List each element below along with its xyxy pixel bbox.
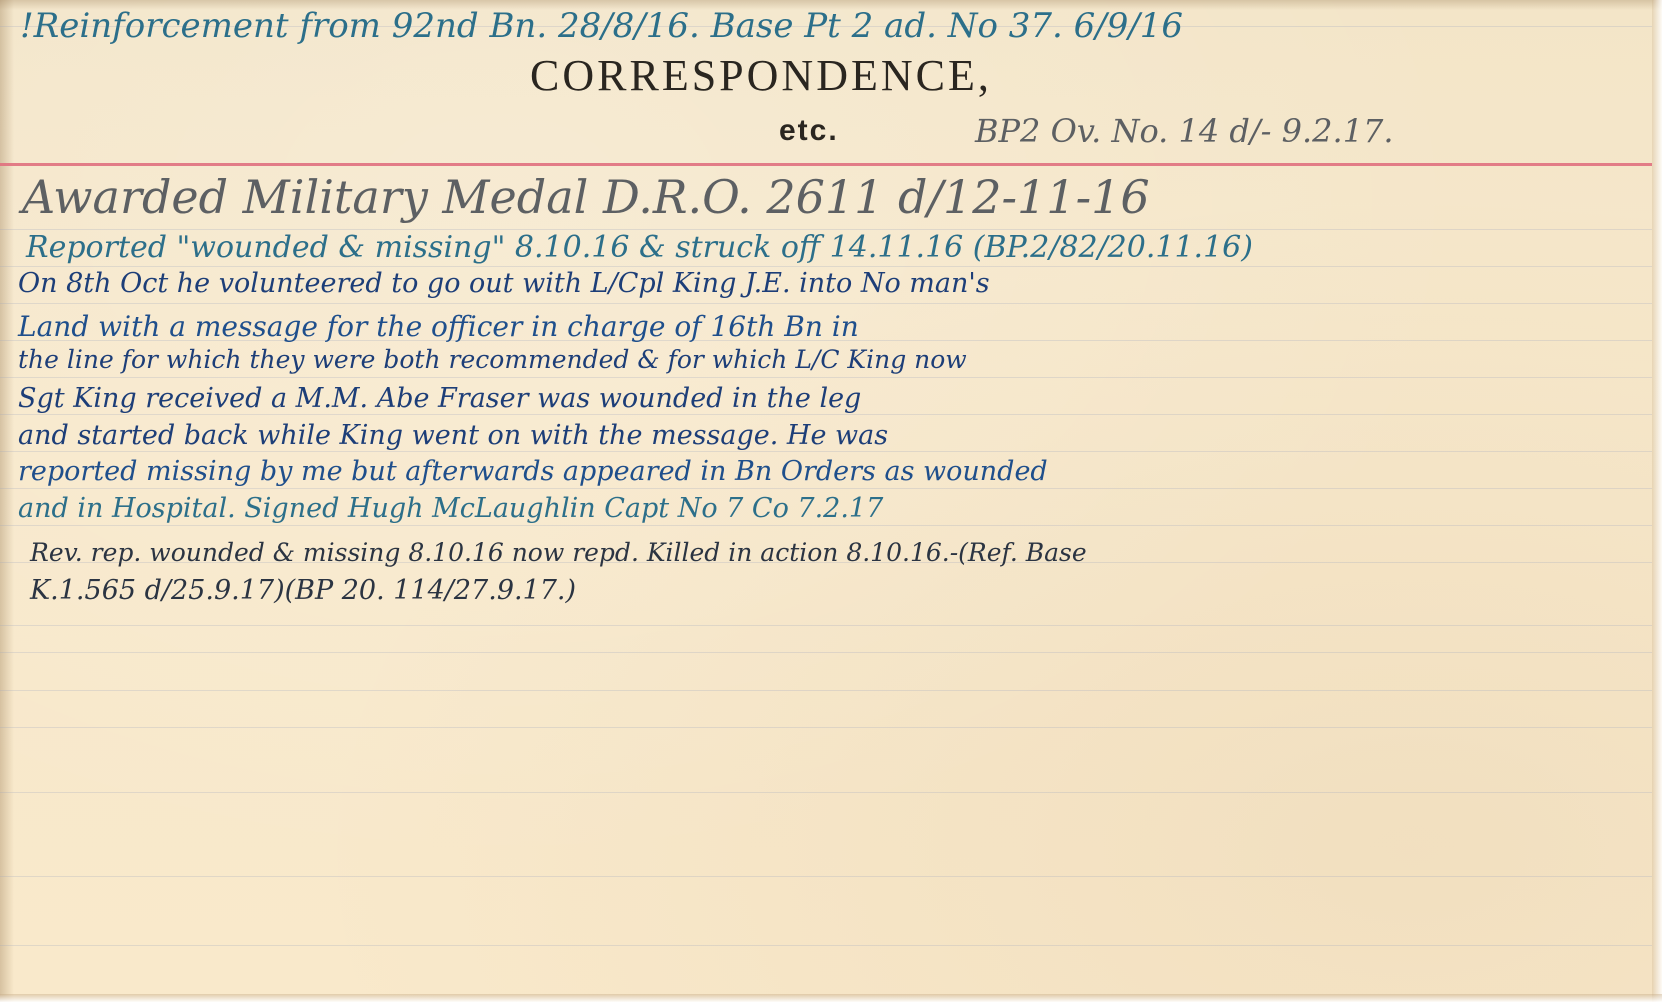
index-card: CORRESPONDENCE, etc. !Reinforcement from…: [0, 0, 1662, 1002]
ruled-line: [0, 945, 1652, 946]
card-edge-bottom: [0, 994, 1662, 1002]
statement-line: and in Hospital. Signed Hugh McLaughlin …: [18, 493, 883, 524]
ruled-line: [0, 451, 1652, 452]
statement-line: Land with a message for the officer in c…: [18, 310, 859, 343]
ruled-line: [0, 414, 1652, 415]
card-edge-right: [1652, 0, 1662, 1002]
ruled-line: [0, 488, 1652, 489]
bp2-order-entry: BP2 Ov. No. 14 d/- 9.2.17.: [975, 112, 1394, 150]
card-edge-left: [0, 0, 14, 1002]
printed-title: CORRESPONDENCE,: [530, 50, 992, 101]
printed-subtitle: etc.: [779, 114, 839, 148]
ruled-line: [0, 525, 1652, 526]
military-medal-award-entry: Awarded Military Medal D.R.O. 2611 d/12-…: [22, 170, 1150, 224]
statement-line: the line for which they were both recomm…: [18, 345, 967, 374]
ruled-line: [0, 876, 1652, 877]
ruled-line: [0, 377, 1652, 378]
ruled-line: [0, 727, 1652, 728]
revision-line: Rev. rep. wounded & missing 8.10.16 now …: [30, 538, 1087, 567]
ruled-line: [0, 690, 1652, 691]
ruled-line: [0, 303, 1652, 304]
red-header-rule: [0, 163, 1652, 166]
reinforcement-entry: !Reinforcement from 92nd Bn. 28/8/16. Ba…: [20, 6, 1183, 46]
reported-missing-entry: Reported "wounded & missing" 8.10.16 & s…: [26, 230, 1253, 265]
ruled-line: [0, 266, 1652, 267]
ruled-line: [0, 792, 1652, 793]
ruled-line: [0, 652, 1652, 653]
statement-line: Sgt King received a M.M. Abe Fraser was …: [18, 383, 861, 414]
statement-line: reported missing by me but afterwards ap…: [18, 456, 1048, 487]
revision-line: K.1.565 d/25.9.17)(BP 20. 114/27.9.17.): [30, 575, 576, 606]
statement-line: and started back while King went on with…: [18, 420, 888, 451]
ruled-line: [0, 625, 1652, 626]
statement-line: On 8th Oct he volunteered to go out with…: [18, 268, 990, 299]
